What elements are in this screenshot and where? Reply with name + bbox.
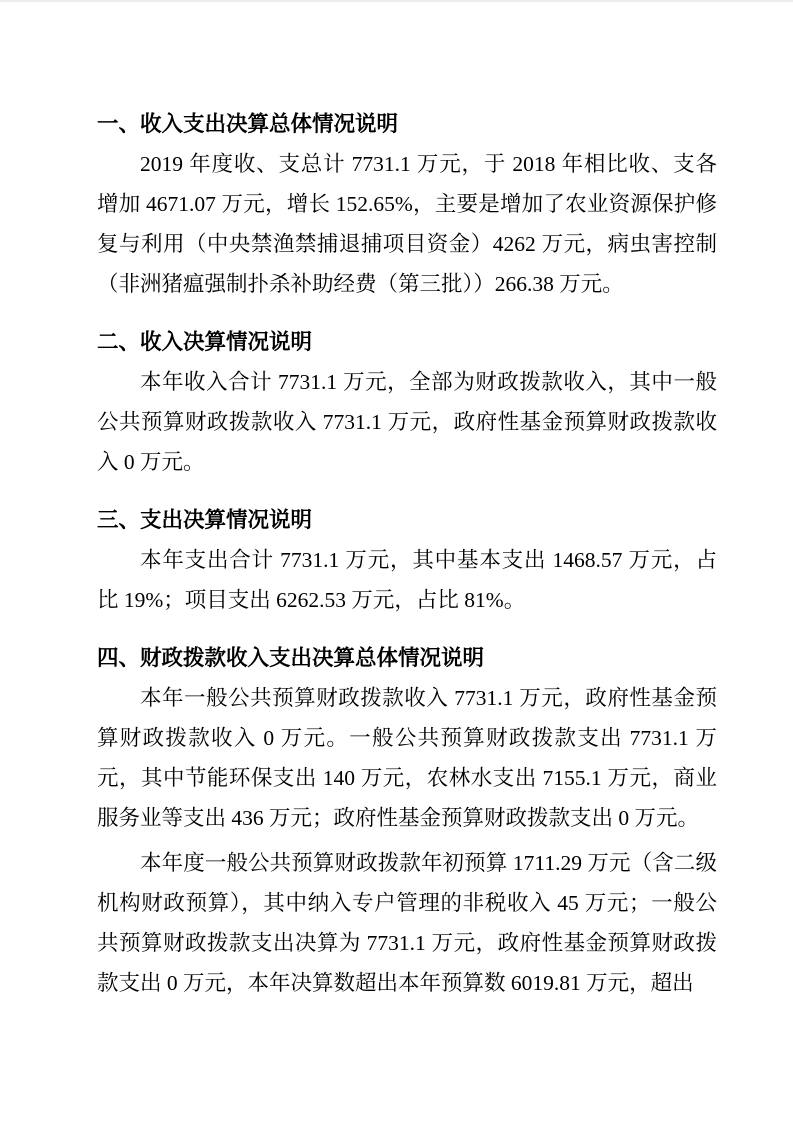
section-4-paragraph-2: 本年度一般公共预算财政拨款年初预算 1711.29 万元（含二级机构财政预算），… xyxy=(97,843,717,1003)
section-1-paragraph-1: 2019 年度收、支总计 7731.1 万元，于 2018 年相比收、支各增加 … xyxy=(97,144,717,304)
section-2-heading: 二、收入决算情况说明 xyxy=(97,322,717,362)
section-3-paragraph-1: 本年支出合计 7731.1 万元，其中基本支出 1468.57 万元，占比 19… xyxy=(97,540,717,620)
section-fiscal-appropriation-overview: 四、财政拨款收入支出决算总体情况说明 本年一般公共预算财政拨款收入 7731.1… xyxy=(97,638,717,1003)
section-income-expenditure-overview: 一、收入支出决算总体情况说明 2019 年度收、支总计 7731.1 万元，于 … xyxy=(97,104,717,304)
section-2-paragraph-1: 本年收入合计 7731.1 万元，全部为财政拨款收入，其中一般公共预算财政拨款收… xyxy=(97,362,717,482)
section-1-heading: 一、收入支出决算总体情况说明 xyxy=(97,104,717,144)
section-expenditure-final-accounts: 三、支出决算情况说明 本年支出合计 7731.1 万元，其中基本支出 1468.… xyxy=(97,500,717,620)
section-income-final-accounts: 二、收入决算情况说明 本年收入合计 7731.1 万元，全部为财政拨款收入，其中… xyxy=(97,322,717,482)
document-page: 一、收入支出决算总体情况说明 2019 年度收、支总计 7731.1 万元，于 … xyxy=(0,0,793,1122)
section-3-heading: 三、支出决算情况说明 xyxy=(97,500,717,540)
document-content: 一、收入支出决算总体情况说明 2019 年度收、支总计 7731.1 万元，于 … xyxy=(97,104,717,1003)
section-4-heading: 四、财政拨款收入支出决算总体情况说明 xyxy=(97,638,717,678)
section-4-paragraph-1: 本年一般公共预算财政拨款收入 7731.1 万元，政府性基金预算财政拨款收入 0… xyxy=(97,678,717,838)
